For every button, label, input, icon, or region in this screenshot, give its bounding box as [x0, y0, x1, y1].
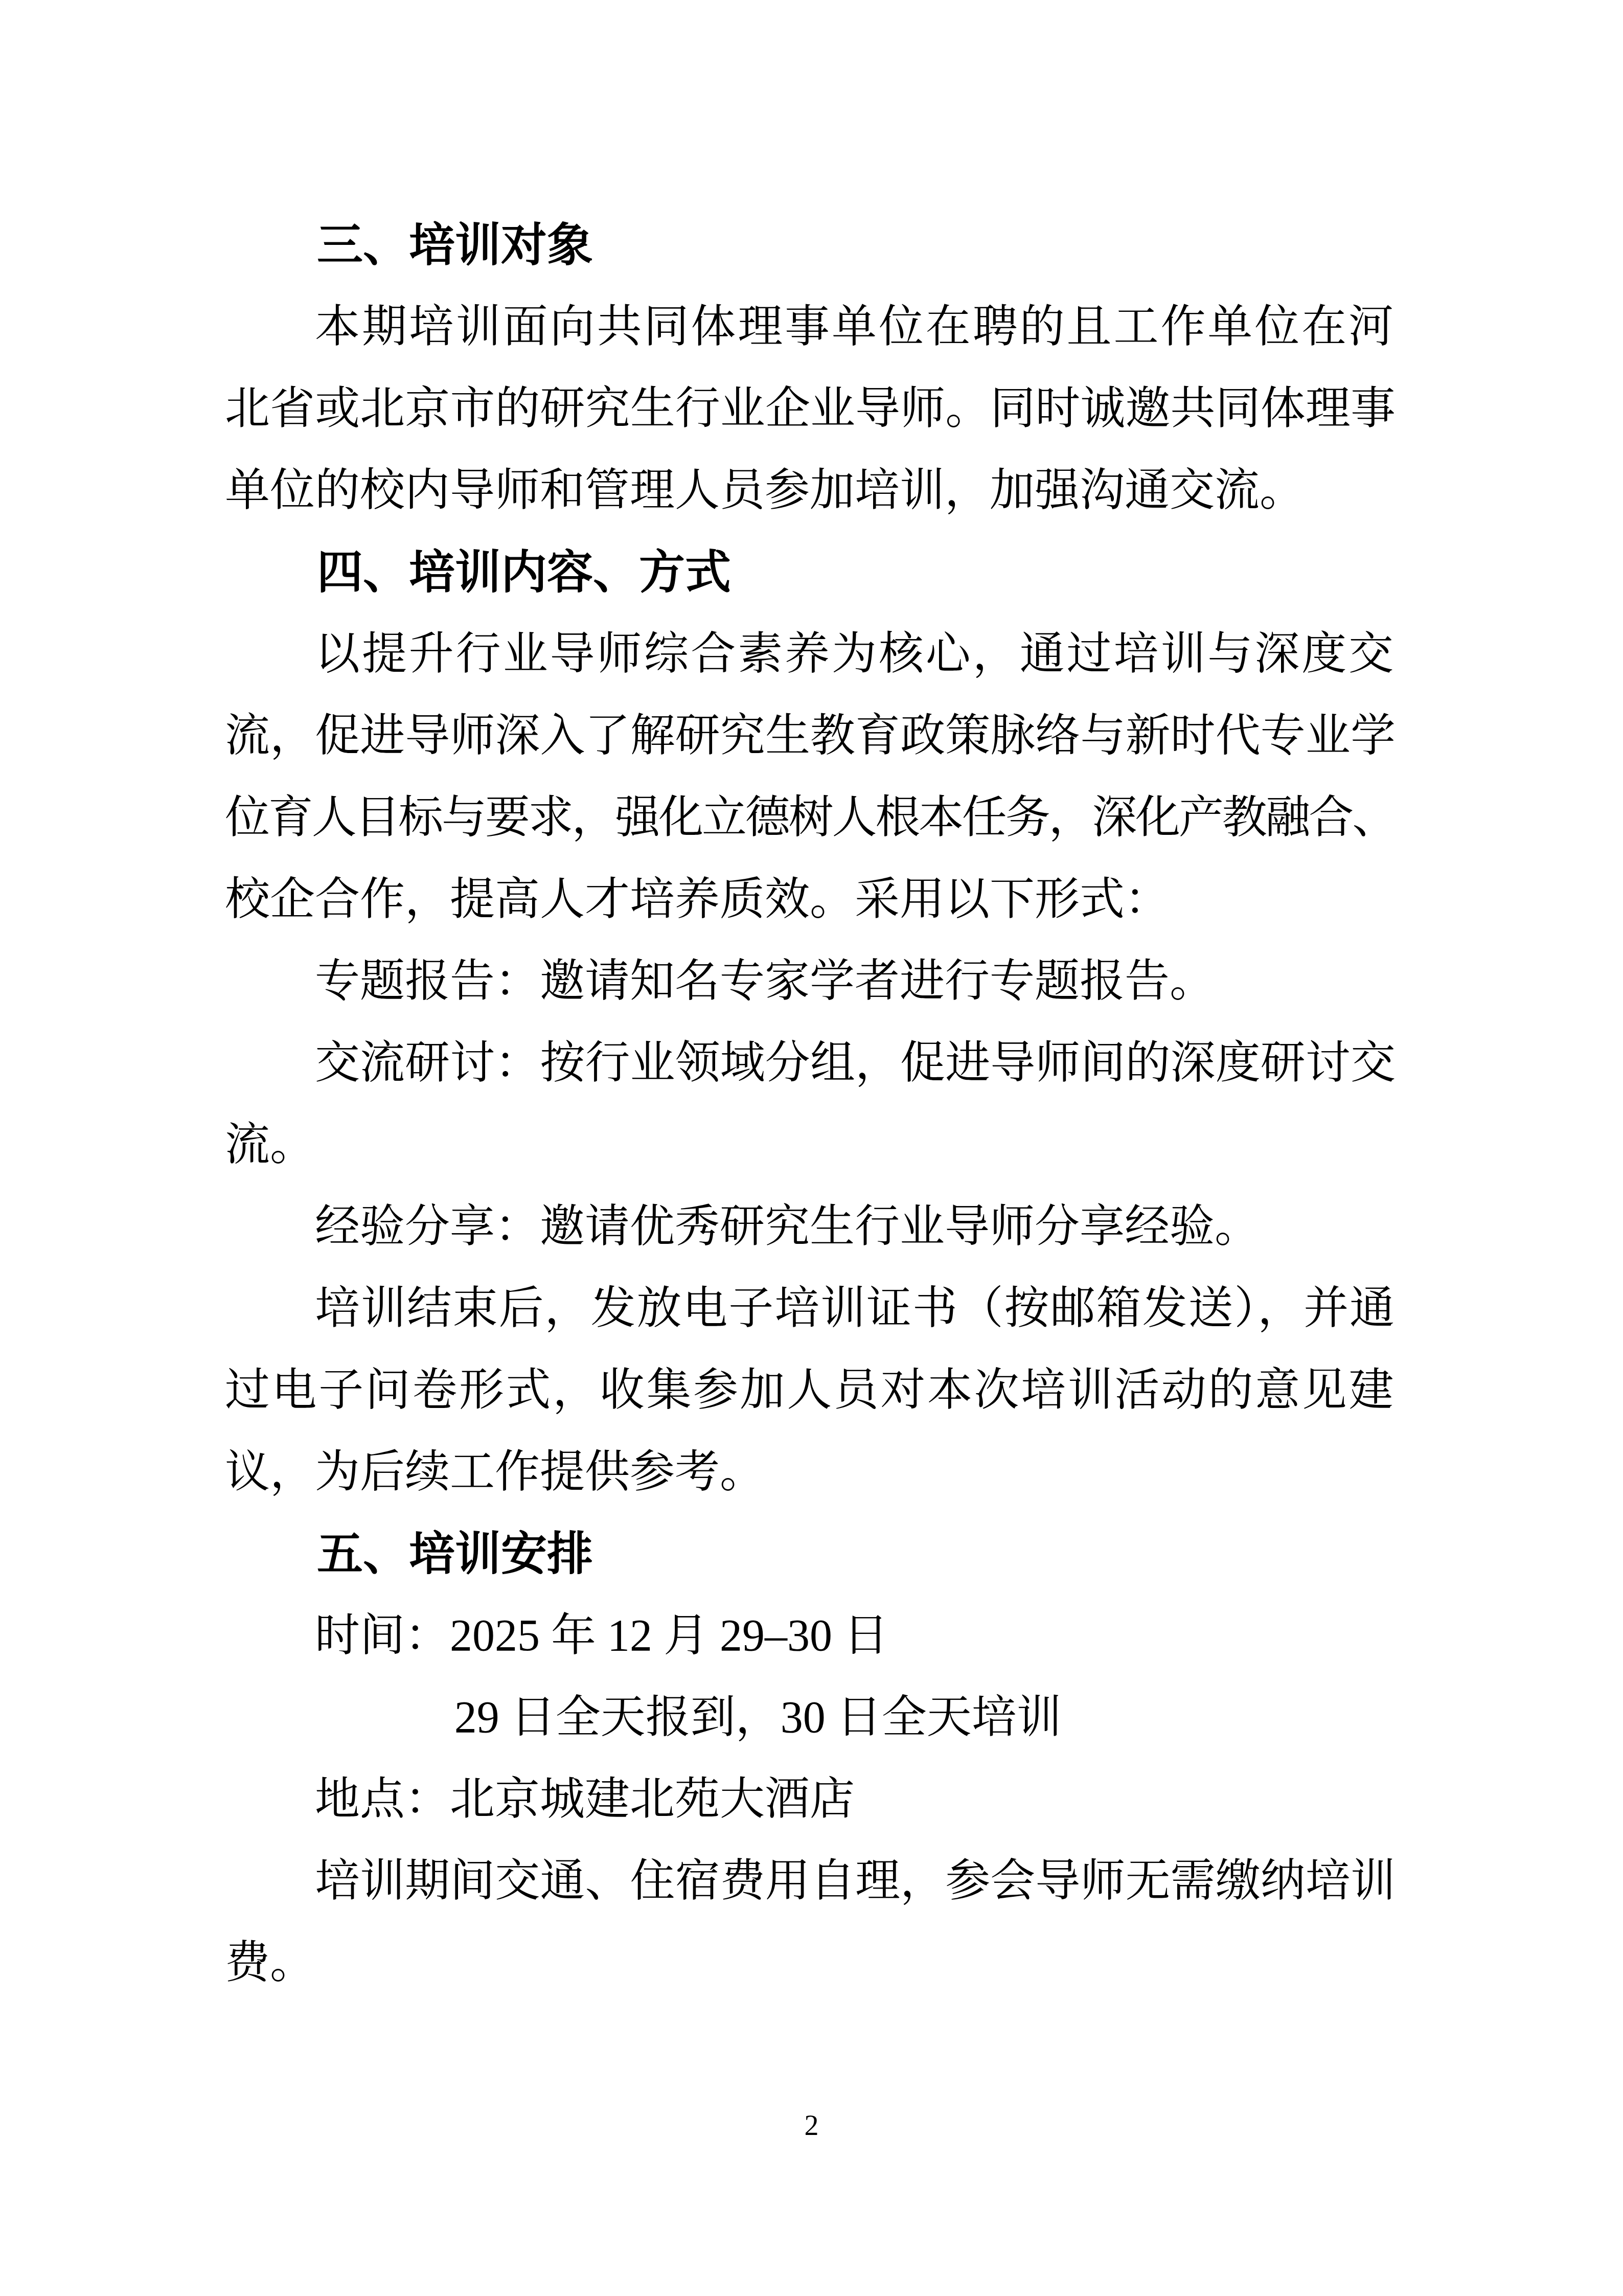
line-text: 培训期间交通、住宿费用自理，参会导师无需缴纳培训	[315, 1856, 1396, 1906]
paragraph-line: 校企合作，提高人才培养质效。采用以下形式：	[225, 859, 1396, 941]
line-text: 校企合作，提高人才培养质效。采用以下形式：	[225, 875, 1170, 924]
line-text: 交流研讨：按行业领域分组，促进导师间的深度研讨交	[315, 1038, 1396, 1088]
section-heading: 四、培训内容、方式	[225, 532, 1396, 613]
line-text: 流，促进导师深入了解研究生教育政策脉络与新时代专业学	[225, 711, 1396, 761]
paragraph-line: 单位的校内导师和管理人员参加培训，加强沟通交流。	[225, 450, 1396, 532]
paragraph-line: 以提升行业导师综合素养为核心，通过培训与深度交	[225, 613, 1396, 695]
paragraph-line: 交流研讨：按行业领域分组，促进导师间的深度研讨交	[225, 1022, 1396, 1104]
paragraph-line: 专题报告：邀请知名专家学者进行专题报告。	[225, 941, 1396, 1022]
paragraph-line: 时间：2025 年 12 月 29–30 日	[225, 1595, 1396, 1677]
paragraph-line: 本期培训面向共同体理事单位在聘的且工作单位在河	[225, 286, 1396, 368]
line-text: 费。	[225, 1938, 315, 1988]
line-text: 经验分享：邀请优秀研究生行业导师分享经验。	[315, 1202, 1260, 1252]
paragraph-line: 流，促进导师深入了解研究生教育政策脉络与新时代专业学	[225, 695, 1396, 777]
section-heading: 三、培训对象	[225, 204, 1396, 286]
line-text: 五、培训安排	[317, 1527, 593, 1581]
line-text: 三、培训对象	[317, 218, 593, 272]
paragraph-line: 位育人目标与要求，强化立德树人根本任务，深化产教融合、	[225, 777, 1396, 859]
line-text: 单位的校内导师和管理人员参加培训，加强沟通交流。	[225, 466, 1305, 515]
paragraph-line: 议，为后续工作提供参考。	[225, 1431, 1396, 1513]
line-text: 专题报告：邀请知名专家学者进行专题报告。	[315, 957, 1215, 1006]
document-page: 三、培训对象 本期培训面向共同体理事单位在聘的且工作单位在河 北省或北京市的研究…	[0, 0, 1623, 2296]
paragraph-line: 北省或北京市的研究生行业企业导师。同时诚邀共同体理事	[225, 368, 1396, 450]
line-text: 29 日全天报到，30 日全天培训	[454, 1693, 1062, 1742]
paragraph-line: 过电子问卷形式，收集参加人员对本次培训活动的意见建	[225, 1350, 1396, 1431]
paragraph-line: 培训结束后，发放电子培训证书（按邮箱发送），并通	[225, 1268, 1396, 1350]
paragraph-line: 流。	[225, 1104, 1396, 1186]
line-text: 地点：北京城建北苑大酒店	[315, 1775, 855, 1824]
line-text: 北省或北京市的研究生行业企业导师。同时诚邀共同体理事	[225, 384, 1396, 434]
paragraph-line: 费。	[225, 1922, 1396, 2004]
section-heading: 五、培训安排	[225, 1513, 1396, 1595]
line-text: 时间：2025 年 12 月 29–30 日	[315, 1611, 888, 1661]
line-text: 培训结束后，发放电子培训证书（按邮箱发送），并通	[315, 1284, 1396, 1333]
line-text: 本期培训面向共同体理事单位在聘的且工作单位在河	[315, 302, 1396, 352]
paragraph-line: 培训期间交通、住宿费用自理，参会导师无需缴纳培训	[225, 1840, 1396, 1922]
line-text: 流。	[225, 1120, 315, 1170]
paragraph-line: 经验分享：邀请优秀研究生行业导师分享经验。	[225, 1186, 1396, 1268]
document-body: 三、培训对象 本期培训面向共同体理事单位在聘的且工作单位在河 北省或北京市的研究…	[225, 204, 1396, 2004]
line-text: 以提升行业导师综合素养为核心，通过培训与深度交	[315, 629, 1396, 679]
paragraph-line: 29 日全天报到，30 日全天培训	[225, 1677, 1396, 1759]
line-text: 四、培训内容、方式	[317, 545, 731, 599]
page-number: 2	[0, 2105, 1623, 2146]
line-text: 过电子问卷形式，收集参加人员对本次培训活动的意见建	[225, 1366, 1396, 1415]
paragraph-line: 地点：北京城建北苑大酒店	[225, 1759, 1396, 1840]
line-text: 位育人目标与要求，强化立德树人根本任务，深化产教融合、	[225, 793, 1396, 843]
line-text: 议，为后续工作提供参考。	[225, 1447, 765, 1497]
